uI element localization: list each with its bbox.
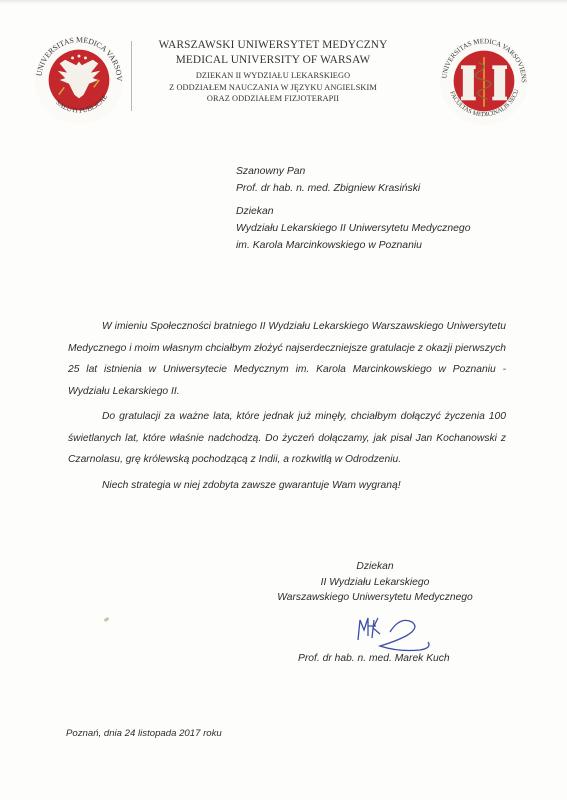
- sender-faculty: II Wydziału Lekarskiego: [250, 575, 500, 591]
- office-line-3: ORAZ ODDZIAŁEM FIZJOTERAPII: [134, 93, 412, 105]
- letter-page: UNIVERSITAS MEDICA VARSOVIENSIS SALUTI P…: [0, 0, 567, 800]
- body-paragraph: Do gratulacji za ważne lata, które jedna…: [68, 406, 506, 471]
- salutation: Szanowny Pan: [236, 163, 470, 180]
- university-name-en: MEDICAL UNIVERSITY OF WARSAW: [134, 53, 412, 68]
- caduceus-columns-seal-icon: UNIVERSITAS MEDICA VARSOVIENSIS FACULTAS…: [438, 35, 530, 127]
- place-date: Poznań, dnia 24 listopada 2017 roku: [66, 728, 222, 739]
- recipient-title: Dziekan: [236, 203, 470, 220]
- sender-title: Dziekan: [250, 559, 500, 575]
- recipient-block: Szanowny Pan Prof. dr hab. n. med. Zbign…: [236, 163, 470, 254]
- closing-block: Dziekan II Wydziału Lekarskiego Warszaws…: [250, 559, 500, 606]
- university-name-pl: WARSZAWSKI UNIWERSYTET MEDYCZNY: [134, 38, 412, 53]
- body-paragraph: Niech strategia w niej zdobyta zawsze gw…: [68, 475, 506, 497]
- letter-body: W imieniu Społeczności bratniego II Wydz…: [68, 316, 506, 500]
- scan-edge: [0, 0, 567, 4]
- scan-speck: [104, 617, 110, 622]
- eagle-seal-icon: UNIVERSITAS MEDICA VARSOVIENSIS SALUTI P…: [33, 34, 125, 126]
- body-paragraph: W imieniu Społeczności bratniego II Wydz…: [68, 316, 506, 402]
- office-line-2: Z ODDZIAŁEM NAUCZANIA W JĘZYKU ANGIELSKI…: [134, 82, 412, 94]
- office-line-1: DZIEKAN II WYDZIAŁU LEKARSKIEGO: [134, 70, 412, 82]
- sender-university: Warszawskiego Uniwersytetu Medycznego: [250, 590, 500, 606]
- recipient-name: Prof. dr hab. n. med. Zbigniew Krasiński: [236, 180, 470, 197]
- signer-name: Prof. dr hab. n. med. Marek Kuch: [298, 653, 450, 664]
- recipient-faculty: Wydziału Lekarskiego II Uniwersytetu Med…: [236, 220, 470, 237]
- letterhead: WARSZAWSKI UNIWERSYTET MEDYCZNY MEDICAL …: [134, 38, 412, 105]
- handwritten-signature-icon: [350, 612, 440, 657]
- header-divider: [131, 41, 132, 111]
- recipient-university: im. Karola Marcinkowskiego w Poznaniu: [236, 237, 470, 254]
